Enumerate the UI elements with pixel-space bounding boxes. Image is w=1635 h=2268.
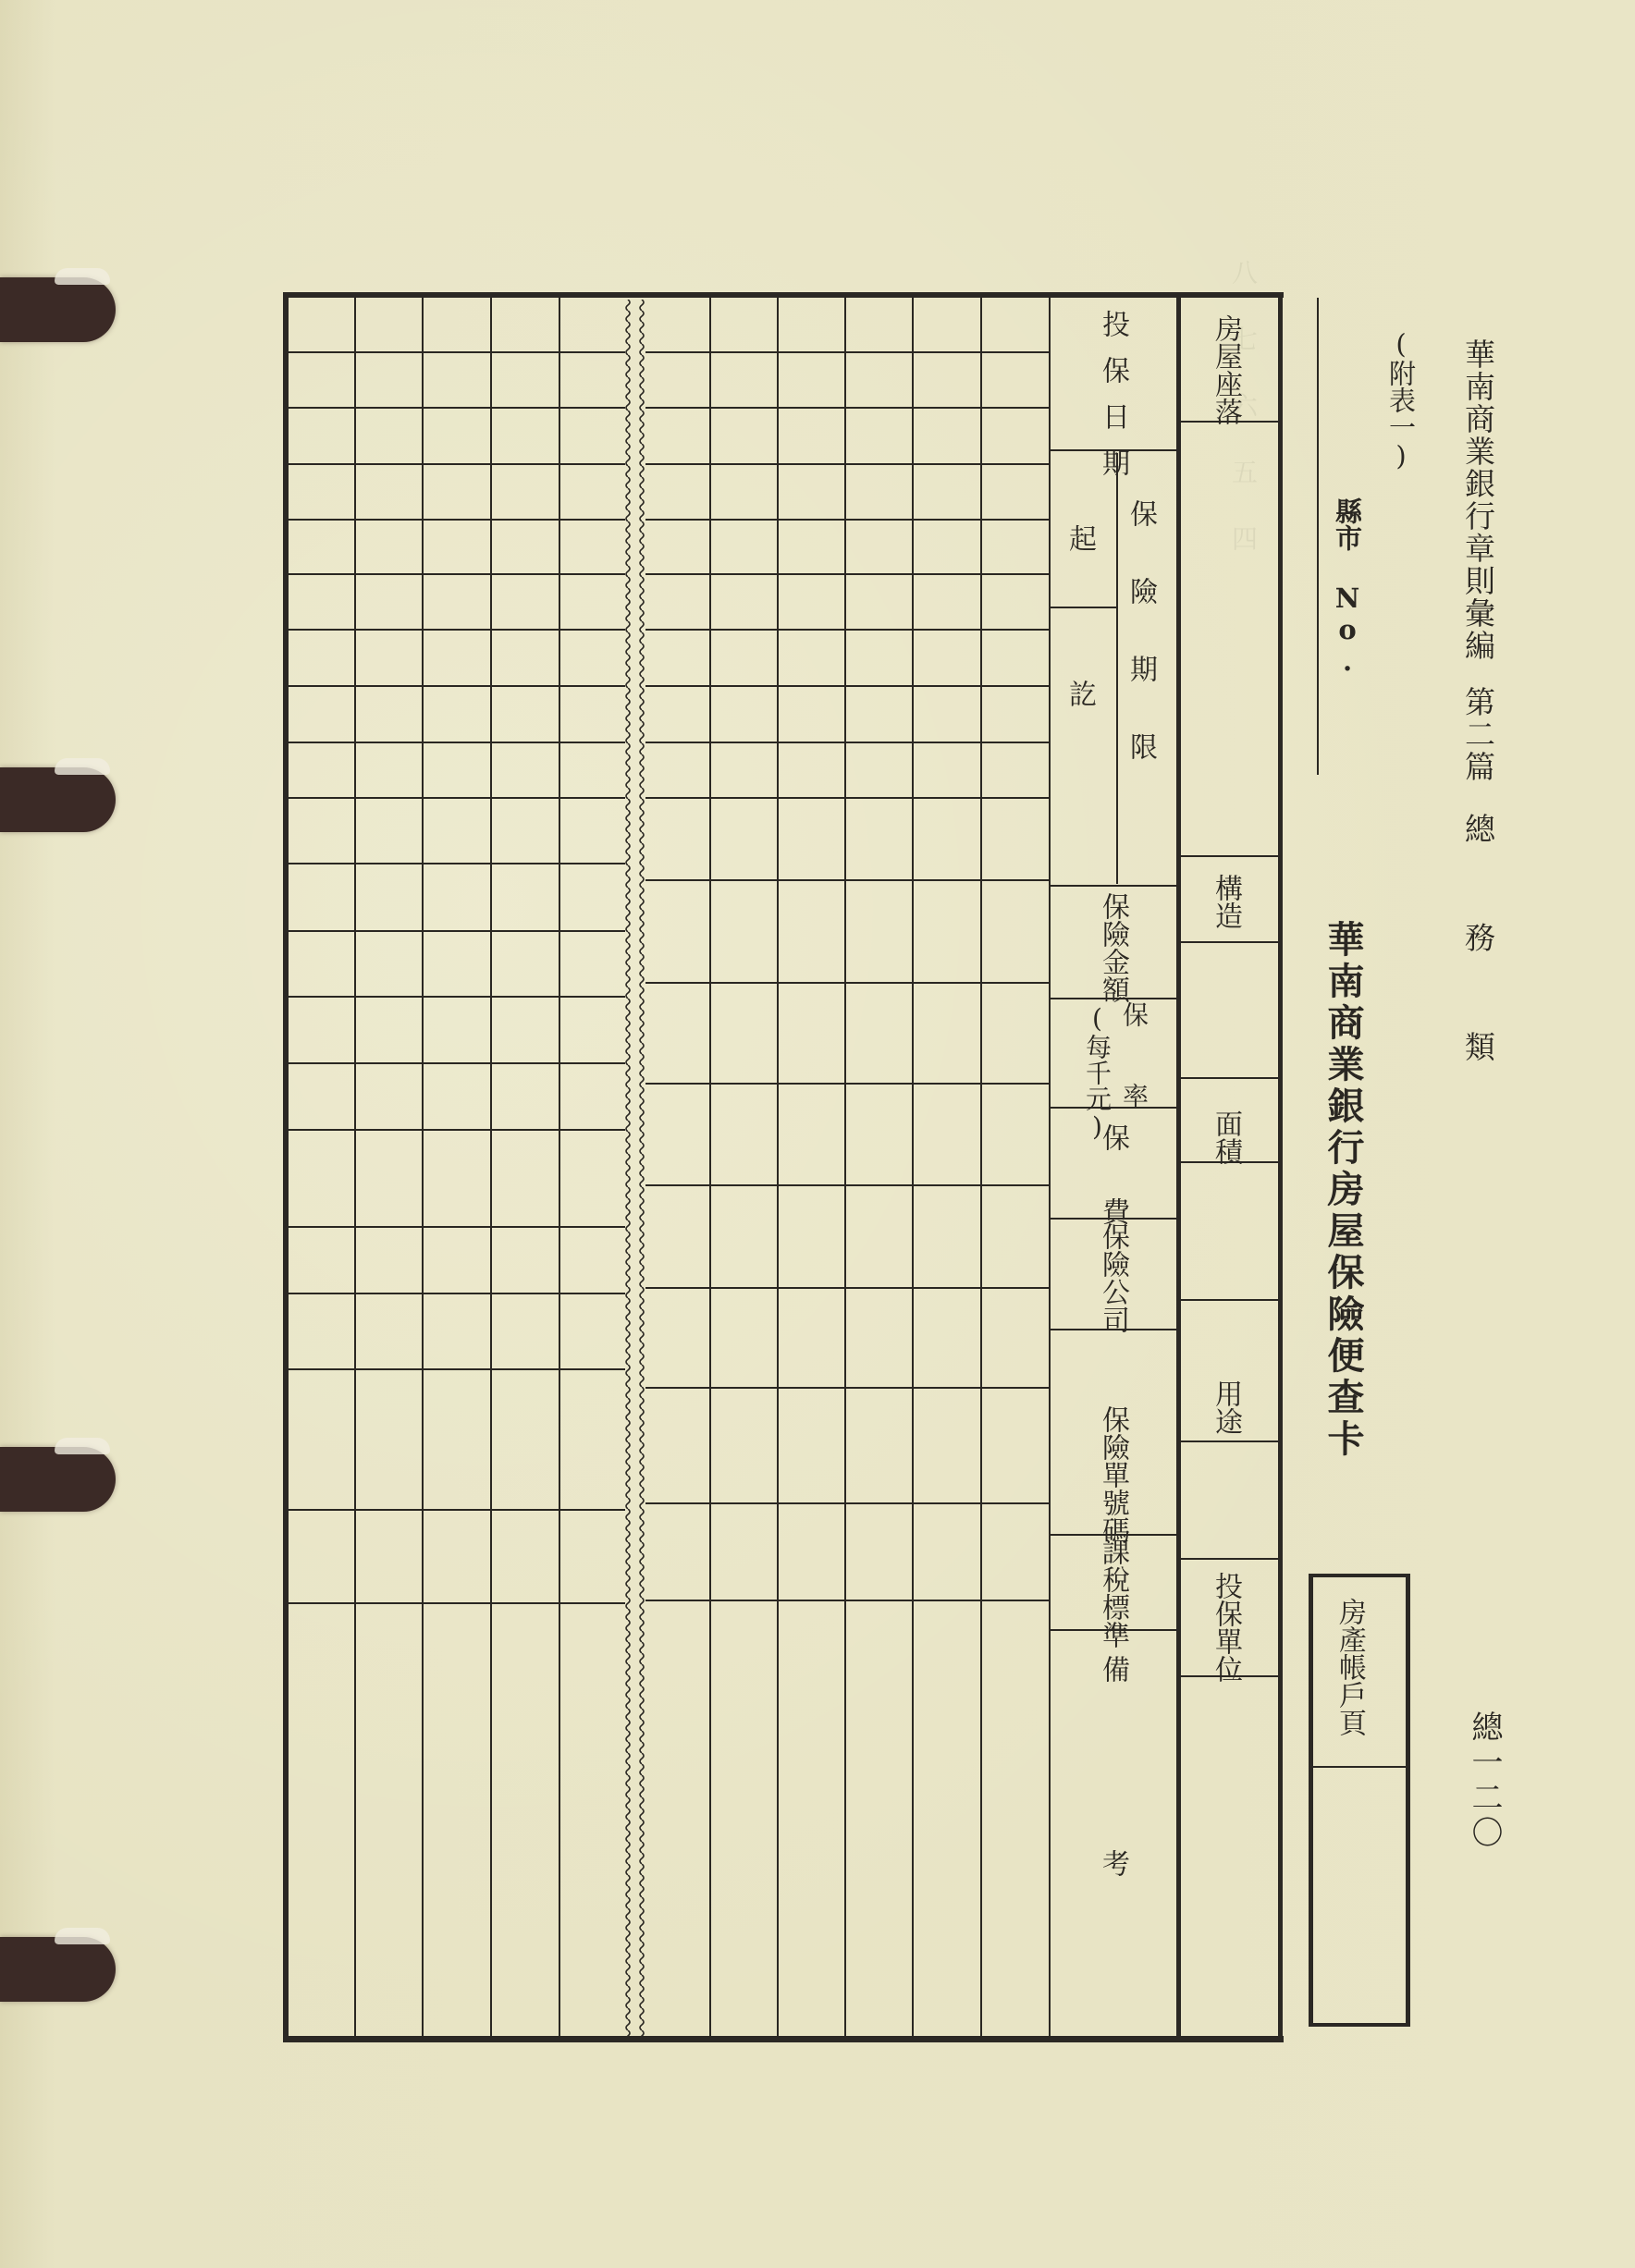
- area-label: 面積: [1211, 1109, 1239, 1165]
- row-divider: [1051, 1534, 1176, 1536]
- row-divider: [1051, 1329, 1176, 1330]
- serial-number-label: 縣市 No.: [1334, 497, 1360, 677]
- header-period-end: 訖: [1065, 680, 1093, 707]
- ledger-page-box: 房產帳戶頁: [1309, 1574, 1410, 2027]
- bleed-through-text: 八 七 六 五 四: [1230, 259, 1256, 558]
- insured-unit-label: 投保單位: [1211, 1572, 1239, 1683]
- header-column-left-border: [1049, 298, 1051, 2038]
- ledger-divider: [1313, 1766, 1406, 1768]
- usage-field[interactable]: [1181, 1442, 1278, 1558]
- row-divider: [1181, 1558, 1278, 1560]
- row-divider: [1181, 1299, 1278, 1301]
- book-title: 華南商業銀行章則彙編: [1460, 338, 1496, 662]
- header-rate-note: (每千元): [1084, 1003, 1110, 1142]
- row-divider: [1051, 1107, 1176, 1109]
- running-header: 華南商業銀行章則彙編第二篇總 務 類: [1463, 338, 1494, 1085]
- header-remarks: 備考: [1099, 1655, 1126, 2043]
- serial-number-underline: [1317, 298, 1319, 775]
- row-divider: [1051, 885, 1176, 887]
- structure-field[interactable]: [1181, 943, 1278, 1077]
- row-divider: [1051, 449, 1176, 451]
- header-insurer: 保險公司: [1099, 1222, 1126, 1333]
- row-divider: [1051, 998, 1176, 999]
- binding-thread-2: [0, 767, 116, 832]
- binding-thread-1: [0, 277, 116, 342]
- header-tax-basis: 課稅標準: [1099, 1538, 1126, 1649]
- page-number: 總一二〇: [1469, 1710, 1500, 1851]
- row-divider: [1181, 1077, 1278, 1079]
- insured-unit-field[interactable]: [1181, 1677, 1278, 2036]
- insurance-records-entry-area[interactable]: [289, 298, 1049, 2036]
- binding-thread-4: [0, 1937, 116, 2002]
- appendix-label: (附表一): [1387, 328, 1414, 472]
- binding-thread-3: [0, 1447, 116, 1512]
- ledger-page-label: 房產帳戶頁: [1335, 1598, 1363, 1736]
- form-title: 華南商業銀行房屋保險便查卡: [1324, 920, 1361, 1461]
- header-policy-number: 保險單號碼: [1099, 1405, 1126, 1544]
- area-field[interactable]: [1181, 1163, 1278, 1299]
- header-insured-date: 投保日期: [1099, 310, 1126, 495]
- row-divider: [1181, 855, 1278, 857]
- ledger-page-field[interactable]: [1313, 1770, 1406, 2019]
- part-label: 第二篇: [1460, 686, 1496, 783]
- usage-label: 用途: [1211, 1379, 1239, 1435]
- row-divider: [1051, 607, 1116, 608]
- table-bottom-border: [283, 2036, 1284, 2042]
- header-policy-period: 保險期限: [1126, 499, 1154, 810]
- category-label: 總 務 類: [1460, 813, 1496, 1085]
- structure-label: 構造: [1211, 874, 1239, 929]
- row-divider: [1051, 1218, 1176, 1220]
- scanned-page: 華南商業銀行章則彙編第二篇總 務 類 總一二〇 (附表一) 縣市 No. 華南商…: [0, 0, 1635, 2268]
- subheader-divider: [1116, 453, 1118, 884]
- header-period-start: 起: [1065, 524, 1093, 552]
- row-divider: [1051, 1629, 1176, 1631]
- table-right-border: [1278, 294, 1283, 2041]
- header-sum-insured: 保險金額: [1099, 892, 1126, 1003]
